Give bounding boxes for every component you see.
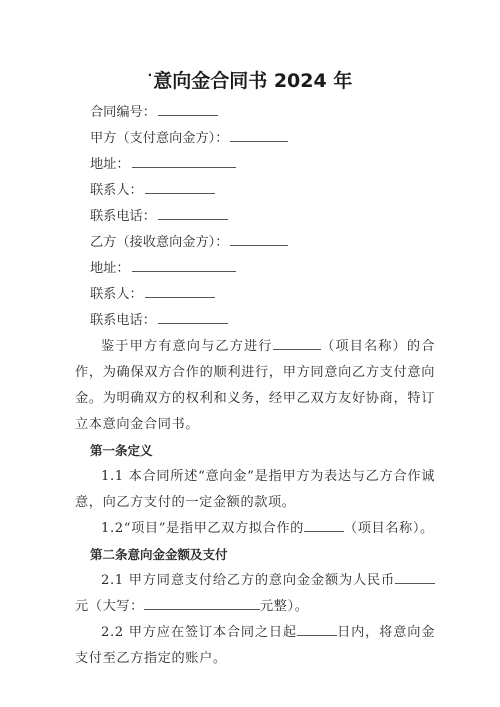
clause-text: 1.2“项目”是指甲乙双方拟合作的 xyxy=(101,521,304,536)
field-label: 乙方（接收意向金方）： xyxy=(90,235,228,250)
clause-text: 元（大写： xyxy=(75,599,144,614)
fill-blank[interactable] xyxy=(158,204,228,220)
article-2-heading: 第二条意向金金额及支付 xyxy=(75,542,435,568)
field-label: 地址： xyxy=(90,261,130,276)
field-label: 联系电话： xyxy=(90,209,156,224)
preamble-paragraph: 鉴于甲方有意向与乙方进行（项目名称）的合作，为确保双方合作的顺利进行，甲方同意向… xyxy=(75,334,435,438)
fill-blank[interactable] xyxy=(132,256,236,272)
fill-blank[interactable] xyxy=(145,178,215,194)
fill-blank[interactable] xyxy=(145,282,215,298)
fill-blank[interactable] xyxy=(144,595,260,610)
fill-blank[interactable] xyxy=(273,335,321,350)
fill-blank[interactable] xyxy=(158,308,228,324)
fill-blank[interactable] xyxy=(395,569,435,584)
document-page: ·意向金合同书 2024 年 合同编号： 甲方（支付意向金方）： 地址： 联系人… xyxy=(0,0,500,707)
field-party-a-address: 地址： xyxy=(75,152,435,178)
title-text: 意向金合同书 2024 年 xyxy=(153,70,352,92)
field-label: 地址： xyxy=(90,157,130,172)
preamble-text-1: 鉴于甲方有意向与乙方进行 xyxy=(101,339,273,354)
field-label: 甲方（支付意向金方）： xyxy=(90,131,228,146)
clause-text: 1.1 本合同所述“意向金”是指甲方为表达与乙方合作诚意，向乙方支付的一定金额的… xyxy=(75,469,435,510)
document-body: 合同编号： 甲方（支付意向金方）： 地址： 联系人： 联系电话： 乙方（接收意向… xyxy=(75,100,435,672)
clause-1-2: 1.2“项目”是指甲乙双方拟合作的（项目名称）。 xyxy=(75,516,435,542)
article-1-heading: 第一条定义 xyxy=(75,438,435,464)
field-party-a-phone: 联系电话： xyxy=(75,204,435,230)
field-label: 联系电话： xyxy=(90,313,156,328)
fill-blank[interactable] xyxy=(304,517,344,532)
fill-blank[interactable] xyxy=(297,621,337,636)
field-party-b-phone: 联系电话： xyxy=(75,308,435,334)
field-label: 联系人： xyxy=(90,287,143,302)
clause-text: 元整）。 xyxy=(260,599,309,614)
clause-text: 2.1 甲方同意支付给乙方的意向金金额为人民币 xyxy=(101,573,395,588)
clause-2-1: 2.1 甲方同意支付给乙方的意向金金额为人民币元（大写：元整）。 xyxy=(75,568,435,620)
fill-blank[interactable] xyxy=(158,100,218,116)
clause-2-2: 2.2 甲方应在签订本合同之日起日内，将意向金支付至乙方指定的账户。 xyxy=(75,620,435,672)
fill-blank[interactable] xyxy=(132,152,236,168)
clause-text: 2.2 甲方应在签订本合同之日起 xyxy=(101,625,297,640)
field-contract-number: 合同编号： xyxy=(75,100,435,126)
field-label: 联系人： xyxy=(90,183,143,198)
fill-blank[interactable] xyxy=(230,126,288,142)
clause-1-1: 1.1 本合同所述“意向金”是指甲方为表达与乙方合作诚意，向乙方支付的一定金额的… xyxy=(75,464,435,516)
title-mark: · xyxy=(148,68,153,82)
field-party-a: 甲方（支付意向金方）： xyxy=(75,126,435,152)
document-title: ·意向金合同书 2024 年 xyxy=(0,66,500,93)
field-label: 合同编号： xyxy=(90,105,156,120)
field-party-b: 乙方（接收意向金方）： xyxy=(75,230,435,256)
field-party-a-contact: 联系人： xyxy=(75,178,435,204)
field-party-b-contact: 联系人： xyxy=(75,282,435,308)
fill-blank[interactable] xyxy=(230,230,288,246)
clause-text: （项目名称）。 xyxy=(344,521,434,536)
field-party-b-address: 地址： xyxy=(75,256,435,282)
